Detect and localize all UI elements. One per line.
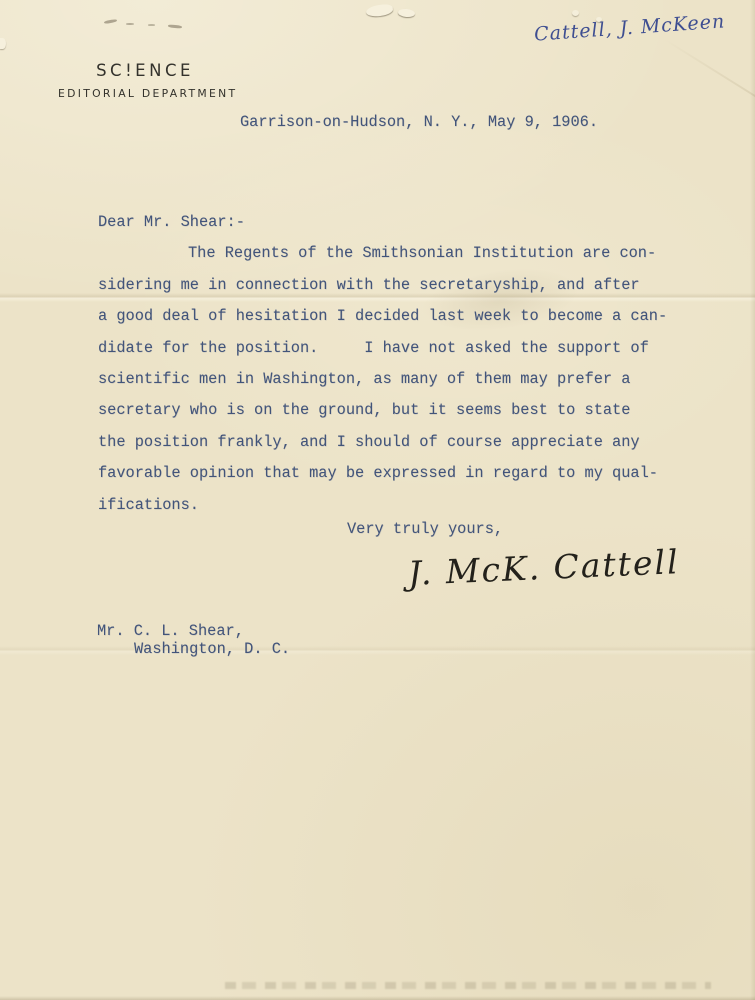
closing: Very truly yours,: [347, 520, 503, 538]
body-line: didate for the position. I have not aske…: [98, 333, 667, 364]
page-bottom-edge: [0, 996, 755, 1000]
body-line: The Regents of the Smithsonian Instituti…: [98, 238, 667, 269]
body-line: sidering me in connection with the secre…: [98, 270, 667, 301]
ink-speck: [104, 19, 117, 24]
recipient-block: Mr. C. L. Shear, Washington, D. C.: [97, 622, 290, 658]
ink-bleedthrough: [225, 982, 711, 989]
body-line: a good deal of hesitation I decided last…: [98, 301, 667, 332]
page-right-edge: [750, 0, 755, 1000]
recipient-name: Mr. C. L. Shear,: [97, 622, 290, 640]
body-line: ifications.: [98, 490, 667, 521]
corner-crease: [664, 38, 755, 103]
paper-chip: [398, 8, 416, 17]
paper-chip: [0, 38, 6, 49]
body-line: secretary who is on the ground, but it s…: [98, 395, 667, 426]
letterhead-subtitle: EDITORIAL DEPARTMENT: [58, 87, 232, 100]
paper-chip: [365, 3, 393, 18]
body-line: the position frankly, and I should of co…: [98, 427, 667, 458]
recipient-address: Washington, D. C.: [97, 640, 290, 658]
dateline: Garrison-on-Hudson, N. Y., May 9, 1906.: [240, 113, 598, 131]
letterhead: SC!ENCE EDITORIAL DEPARTMENT: [58, 61, 232, 100]
handwritten-annotation: Cattell, J. McKeen: [534, 8, 755, 45]
signature: J. McK. Cattell: [407, 542, 680, 593]
ink-speck: [126, 23, 134, 25]
body-line: favorable opinion that may be expressed …: [98, 458, 667, 489]
letter-scan-page: Cattell, J. McKeen SC!ENCE EDITORIAL DEP…: [0, 0, 755, 1000]
body-line: scientific men in Washington, as many of…: [98, 364, 667, 395]
letterhead-title: SC!ENCE: [58, 61, 232, 80]
ink-speck: [148, 24, 155, 26]
salutation: Dear Mr. Shear:-: [98, 207, 667, 238]
paper-chip: [572, 10, 579, 16]
letter-body: Dear Mr. Shear:- The Regents of the Smit…: [98, 207, 667, 521]
ink-speck: [168, 24, 182, 28]
